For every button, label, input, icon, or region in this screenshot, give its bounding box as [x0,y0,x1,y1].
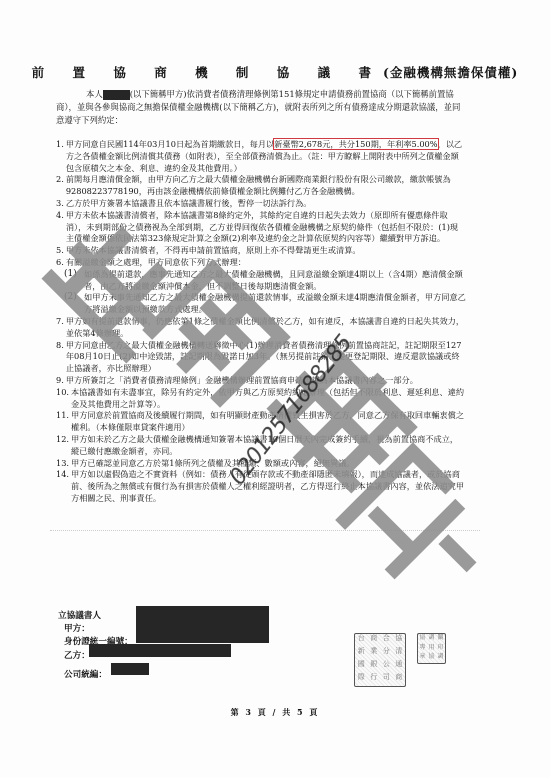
clause-1: 1. 甲方同意自民國114年03月10日起為首期繳款日，每月以新臺幣2,678元… [56,139,466,174]
company-seal-stamp: 台商合協新業分清國銀公通際行司商 [354,633,406,687]
clause-item: 2.前開每月應清償金額，由甲方向乙方之最大債權金融機構台新國際商業銀行股份有限公… [56,174,466,198]
clause-item: 7.甲方如有提前還款情事，仍應依第1條之債權金額比例清償於乙方，如有違反，本協議… [56,316,466,340]
clause-item: 14.甲方如以虛假偽造之不實資料（例如：債務人有從頭存款或不動產卻隱匿未填報），… [56,469,466,504]
page-number: 第 3 頁 / 共 5 頁 [0,707,550,718]
document-title: 前 置 協 商 機 制 協 議 書(金融機構無擔保債權) [0,63,550,81]
signatories-heading: 立協議書人 [58,610,133,623]
intro-prefix: 本人 [86,89,103,99]
stamp-char: 調 [436,653,445,663]
sub-item: (1)如係為提前還款，應事先通知乙方之最大債權金融機構，且同意溢繳金額達4期以上… [56,269,466,293]
divider [50,530,480,531]
stamp-char: 章 [418,653,427,663]
stamp-char: 協 [427,653,436,663]
sub-item: (2)如甲方未事先通知乙方之最大債權金融機構提前還款情事，或溢繳金額未達4期應清… [56,292,466,316]
stamp-char: 協 [418,634,427,644]
stamp-char: 業 [368,647,381,660]
stamp-char: 專 [418,644,427,654]
redacted-name [103,90,130,100]
stamp-char: 用 [427,644,436,654]
stamp-char: 協 [393,634,406,647]
stamp-char: 新 [355,647,368,660]
stamp-char: 司 [380,673,393,686]
stamp-char: 清 [393,647,406,660]
intro-paragraph: 本人(以下簡稱甲方)依消費者債務清理條例第151條規定申請債務前置協商（以下簡稱… [56,88,466,127]
payment-terms-highlight: 新臺幣2,678元，共分150期，年利率5.00% [274,139,437,149]
stamp-char: 商 [368,634,381,647]
redacted-party-b [89,644,231,657]
redacted-company-id [111,663,149,675]
clause-item: 9.甲方所簽訂之「消費者債務清理條例」金融機構辦理前置協商申請書視為本協議書內容… [56,375,466,387]
stamp-char: 行 [368,673,381,686]
stamp-char: 公 [380,660,393,673]
representative-seal-stamp: 協調關專用印章協調 [417,633,446,664]
clause-item: 8.甲方同意由乙方之最大債權金融機構轉送聯徵中心(1)辦理消費者債務清理條例前置… [56,340,466,375]
clause-item: 4.甲方未依本協議書清償者，除本協議書第8條約定外，其餘約定自違約日起失去效力（… [56,210,466,245]
clause-item: 10.本協議書如有未盡事宜，除另有約定外，依甲方與乙方原契約約定辦理（包括但不限… [56,387,466,411]
stamp-char: 合 [380,634,393,647]
stamp-char: 台 [355,634,368,647]
clause-item: 5.甲方未依本協議書清償者，不得再申請前置協商，原則上亦不得聲請更生或清算。 [56,245,466,257]
clause-item: 3.乙方於甲方簽署本協議書且依本協議書履行後，暫停一切法訴行為。 [56,198,466,210]
stamp-char: 印 [436,644,445,654]
stamp-char: 調 [427,634,436,644]
stamp-char: 關 [436,634,445,644]
title-main: 前 置 協 商 機 制 協 議 書 [32,65,383,80]
document-page: 前 置 協 商 機 制 協 議 書(金融機構無擔保債權) 本人(以下簡稱甲方)依… [0,0,550,778]
party-a-label: 甲方： [58,623,133,636]
redacted-party-a-id [136,606,269,643]
clause-item: 6.有關溢繳金額之處理，甲方同意依下列方式辦理： [56,257,466,269]
stamp-char: 際 [355,673,368,686]
stamp-char: 分 [380,647,393,660]
title-suffix: (金融機構無擔保債權) [383,65,518,80]
stamp-char: 國 [355,660,368,673]
stamp-char: 銀 [368,660,381,673]
stamp-char: 商 [393,673,406,686]
stamp-char: 通 [393,660,406,673]
